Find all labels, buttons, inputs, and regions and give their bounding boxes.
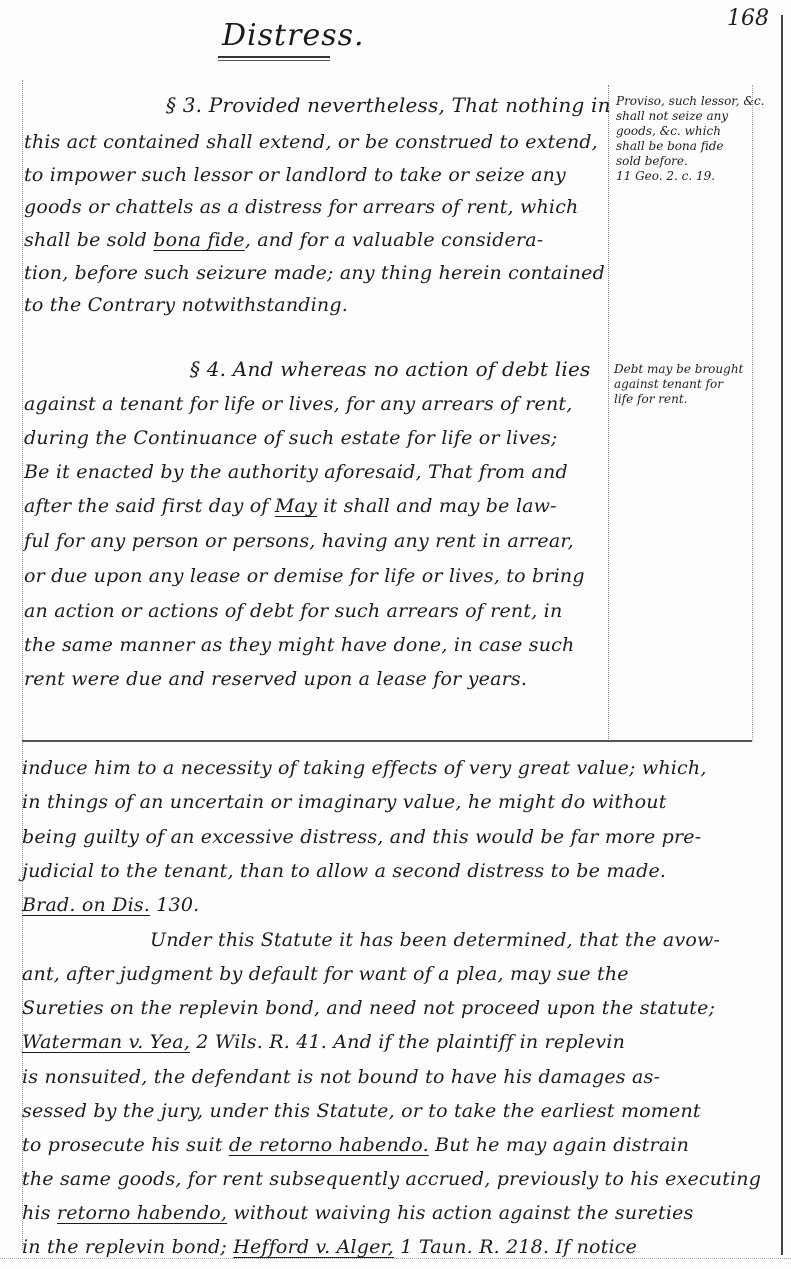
text-fragment: 2 Wils. R. 41. And if the plaintiff in r… <box>190 1031 625 1053</box>
text-line: in the replevin bond; Hefford v. Alger, … <box>22 1236 637 1258</box>
text-line: in things of an uncertain or imaginary v… <box>22 791 667 813</box>
text-line: induce him to a necessity of taking effe… <box>22 757 707 779</box>
page-number: 168 <box>727 6 769 31</box>
text-line: is nonsuited, the defendant is not bound… <box>22 1066 660 1088</box>
text-line: Brad. on Dis. 130. <box>22 894 199 916</box>
text-line: against a tenant for life or lives, for … <box>24 393 572 415</box>
text-fragment: to prosecute his suit <box>22 1134 229 1156</box>
text-fragment: But he may again distrain <box>429 1134 689 1156</box>
margin-note-line: goods, &c. which <box>616 124 765 139</box>
text-line: during the Continuance of such estate fo… <box>24 427 557 449</box>
text-line: to impower such lessor or landlord to ta… <box>24 164 566 186</box>
text-line: § 4. And whereas no action of debt lies <box>190 357 591 381</box>
citation-underlined: Waterman v. Yea, <box>22 1031 190 1053</box>
text-line: ant, after judgment by default for want … <box>22 963 629 985</box>
underlined-term: de retorno habendo. <box>229 1134 429 1156</box>
text-line: being guilty of an excessive distress, a… <box>22 826 701 848</box>
citation-underlined: Brad. on Dis. <box>22 894 150 916</box>
margin-note-line: Proviso, such lessor, &c. <box>616 94 765 109</box>
margin-note-line: sold before. <box>616 154 765 169</box>
margin-note-debt: Debt may be brought against tenant for l… <box>614 362 743 407</box>
margin-note-proviso: Proviso, such lessor, &c. shall not seiz… <box>616 94 765 184</box>
text-line: Under this Statute it has been determine… <box>150 929 720 951</box>
text-line: his retorno habendo, without waiving his… <box>22 1202 694 1224</box>
text-line: to prosecute his suit de retorno habendo… <box>22 1134 689 1156</box>
underlined-term: retorno habendo, <box>57 1202 227 1224</box>
citation-underlined: Hefford v. Alger, <box>233 1236 394 1258</box>
text-line: the same manner as they might have done,… <box>24 634 574 656</box>
margin-note-line: Debt may be brought <box>614 362 743 377</box>
text-line: after the said first day of May it shall… <box>24 495 557 517</box>
text-line: an action or actions of debt for such ar… <box>24 600 562 622</box>
text-fragment: 130. <box>150 894 199 916</box>
text-line: § 3. Provided nevertheless, That nothing… <box>166 93 611 117</box>
text-fragment: his <box>22 1202 57 1224</box>
margin-note-line: against tenant for <box>614 377 743 392</box>
text-line: Be it enacted by the authority aforesaid… <box>24 461 568 483</box>
bottom-rule <box>0 1258 791 1259</box>
text-line: shall be sold bona fide, and for a valua… <box>24 229 543 251</box>
section-divider-rule <box>22 740 752 742</box>
text-line: tion, before such seizure made; any thin… <box>24 262 605 284</box>
text-line: to the Contrary notwithstanding. <box>24 294 348 316</box>
manuscript-page: 168 Distress. § 3. Provided nevertheless… <box>0 0 791 1269</box>
margin-note-line: shall be bona fide <box>616 139 765 154</box>
text-line: goods or chattels as a distress for arre… <box>24 196 579 218</box>
page-title: Distress. <box>222 18 365 53</box>
text-fragment: 1 Taun. R. 218. If notice <box>394 1236 637 1258</box>
text-line: Sureties on the replevin bond, and need … <box>22 997 715 1019</box>
text-fragment: , and for a valuable considera- <box>245 229 544 251</box>
text-fragment: after the said first day of <box>24 495 275 517</box>
text-fragment: in the replevin bond; <box>22 1236 233 1258</box>
text-line: rent were due and reserved upon a lease … <box>24 668 527 690</box>
text-line: ful for any person or persons, having an… <box>24 530 574 552</box>
text-line: Waterman v. Yea, 2 Wils. R. 41. And if t… <box>22 1031 625 1053</box>
text-line: or due upon any lease or demise for life… <box>24 565 585 587</box>
underlined-term: bona fide <box>153 229 245 251</box>
title-underline <box>218 56 330 58</box>
text-fragment: shall be sold <box>24 229 153 251</box>
margin-note-line: life for rent. <box>614 392 743 407</box>
text-fragment: without waiving his action against the s… <box>227 1202 693 1224</box>
text-line: sessed by the jury, under this Statute, … <box>22 1100 701 1122</box>
margin-note-line: 11 Geo. 2. c. 19. <box>616 169 765 184</box>
margin-column-rule <box>608 85 609 741</box>
underlined-term: May <box>275 495 317 517</box>
text-line: the same goods, for rent subsequently ac… <box>22 1168 761 1190</box>
right-page-border <box>781 15 783 1255</box>
margin-note-line: shall not seize any <box>616 109 765 124</box>
text-fragment: it shall and may be law- <box>317 495 557 517</box>
title-underline-double <box>218 60 330 61</box>
text-line: judicial to the tenant, than to allow a … <box>22 860 666 882</box>
text-line: this act contained shall extend, or be c… <box>24 131 598 153</box>
